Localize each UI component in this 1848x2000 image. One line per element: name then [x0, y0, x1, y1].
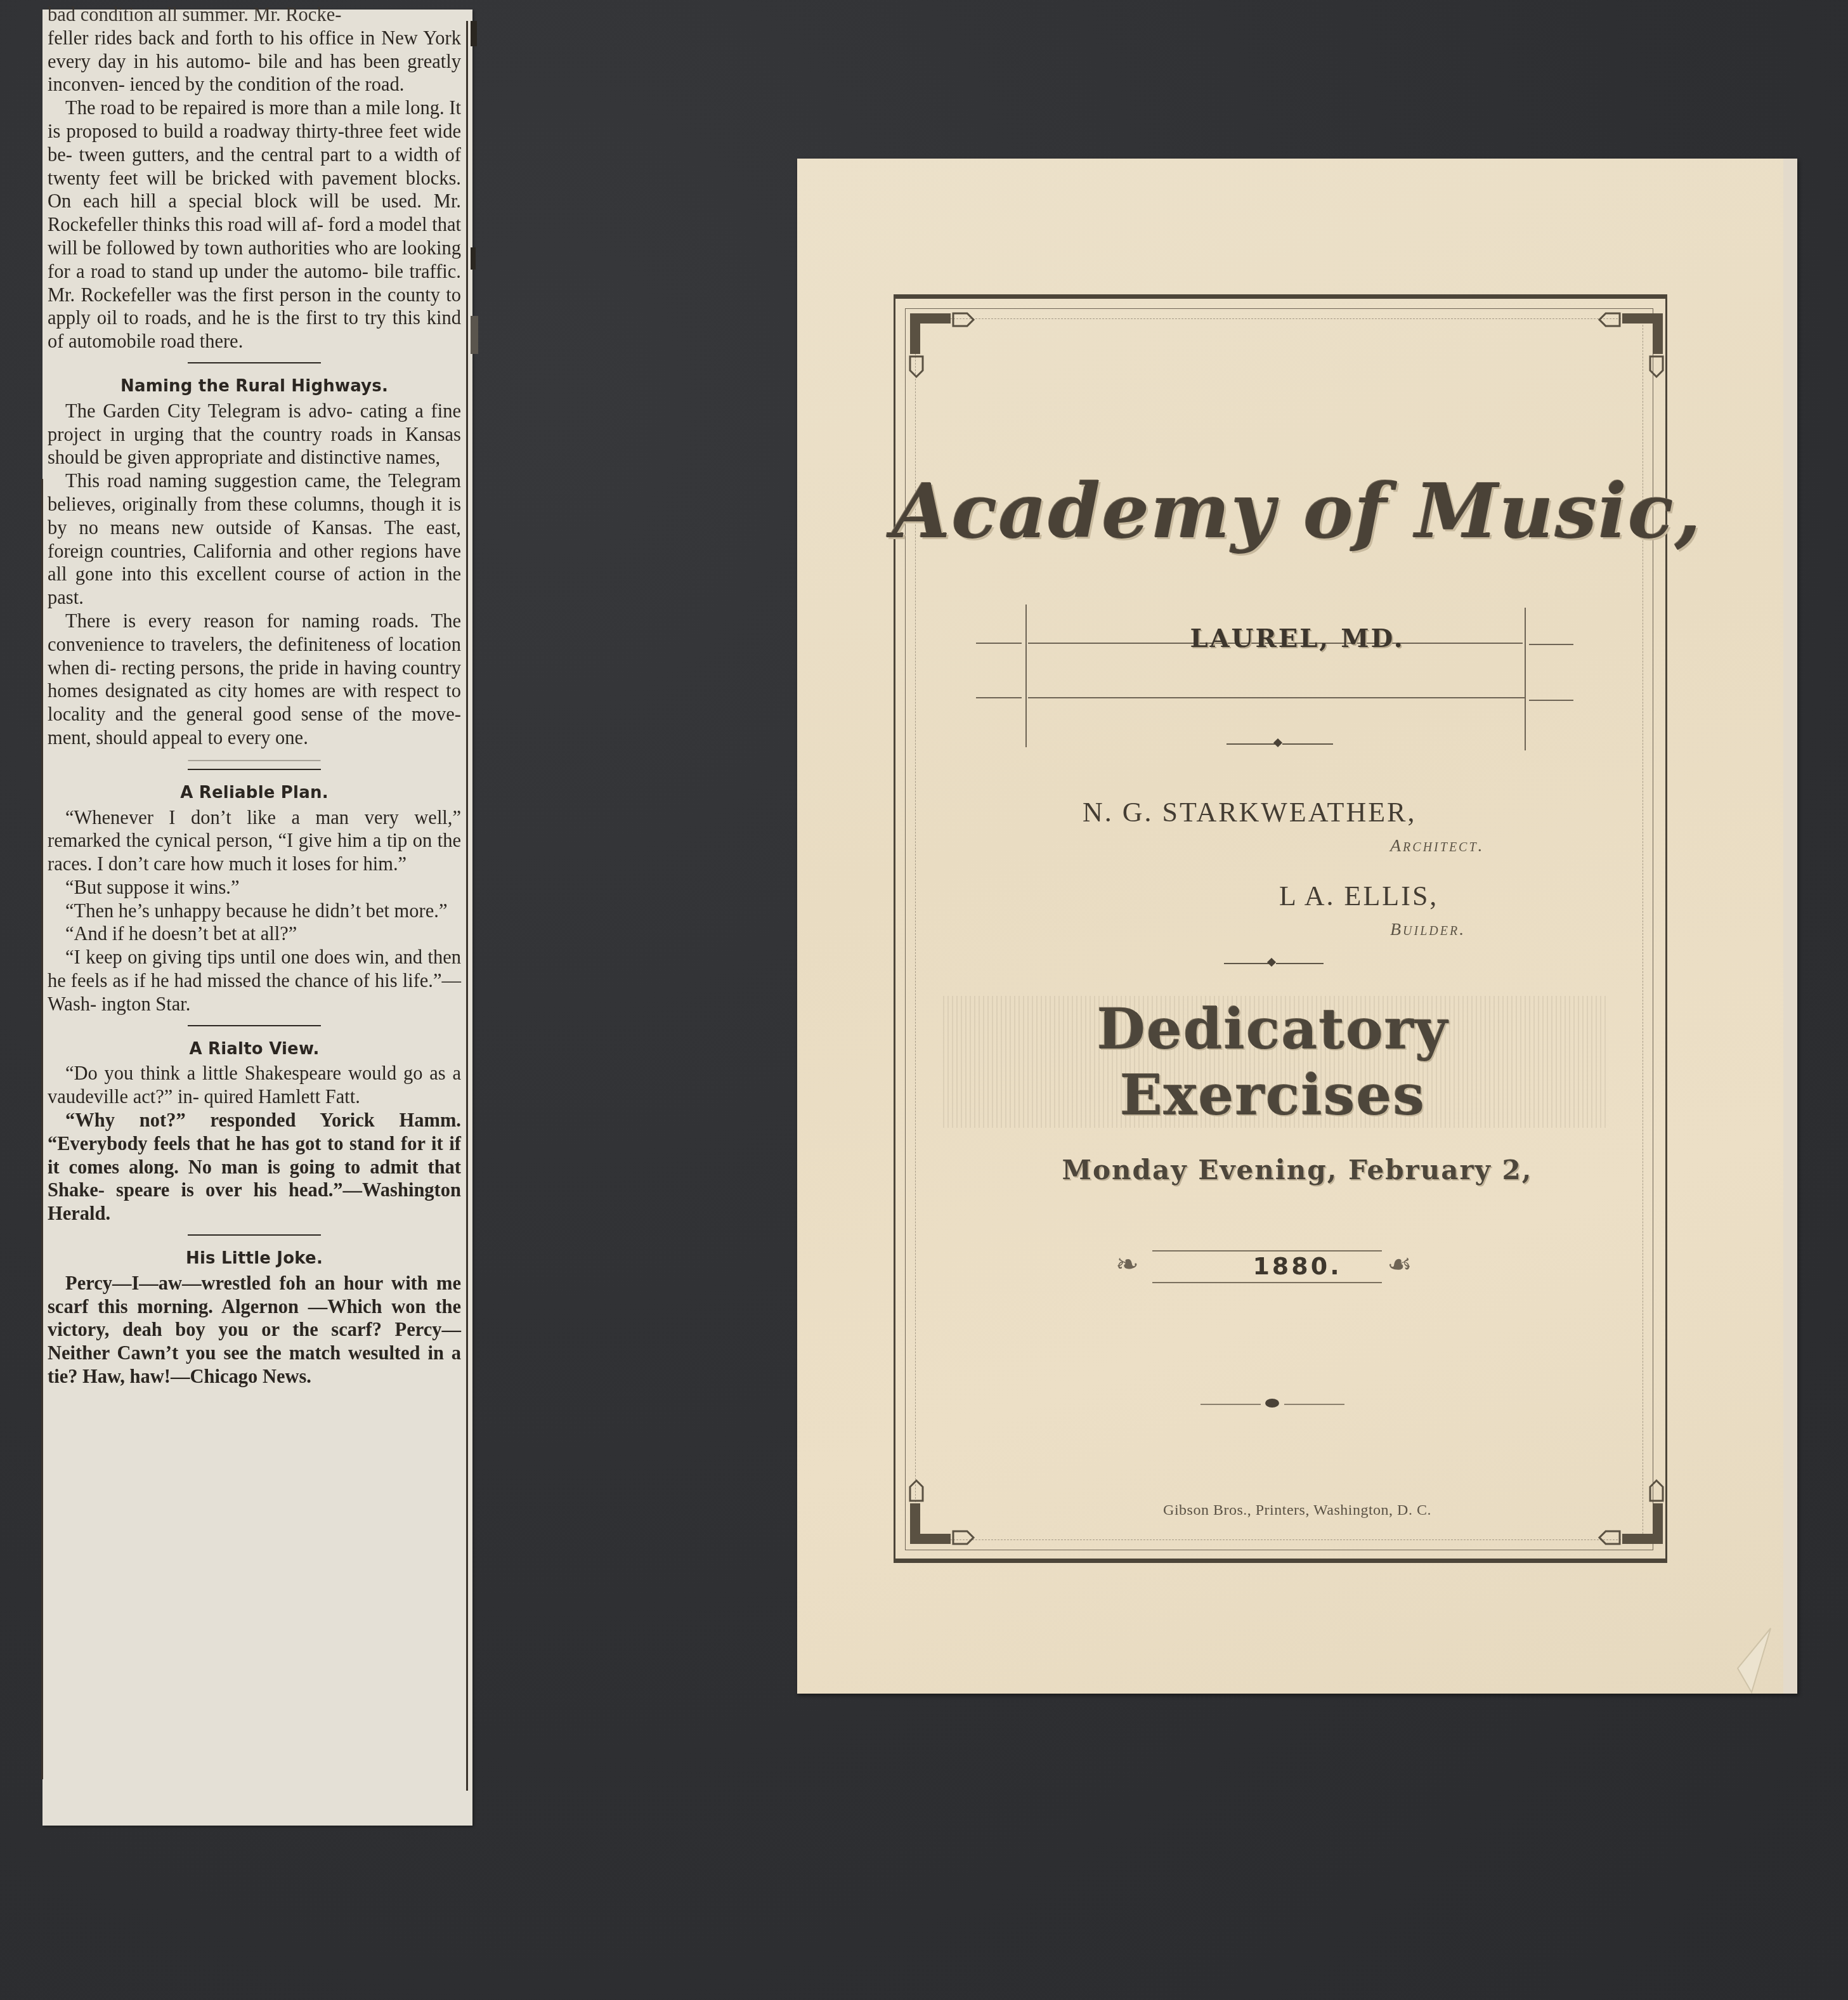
paragraph: “Do you think a little Shakespeare would… [48, 1062, 461, 1109]
cut-off-line: bad condition all summer. Mr. Rocke- [48, 3, 461, 27]
paragraph: “I keep on giving tips until one does wi… [48, 946, 461, 1016]
paragraph: Percy—I—aw—wrestled foh an hour with me … [48, 1272, 461, 1389]
adjacent-column-fragment [471, 316, 478, 354]
diamond-divider-icon [1224, 963, 1272, 964]
article-headline: A Rialto View. [48, 1038, 461, 1061]
event-date: Monday Evening, February 2, [797, 1154, 1797, 1186]
ornamental-divider-center [1265, 1399, 1279, 1408]
article-headline: A Reliable Plan. [48, 781, 461, 805]
architect-name: N. G. STARKWEATHER, [1083, 796, 1416, 828]
column-rule [466, 21, 468, 1791]
builder-role: Builder. [1390, 920, 1466, 940]
column-rule-left [41, 479, 43, 1779]
corner-ornament-icon [1597, 310, 1667, 386]
architect-role: Architect. [1390, 836, 1485, 856]
clipping-text-column: bad condition all summer. Mr. Rocke- fel… [48, 10, 461, 1389]
ornamental-divider-icon [1201, 1404, 1261, 1405]
builder-name: L A. ELLIS, [1279, 880, 1438, 912]
event-title: Dedicatory Exercises [940, 996, 1606, 1128]
paragraph: feller rides back and forth to his offic… [48, 27, 461, 96]
divider-rule [1282, 743, 1333, 745]
location-box [976, 605, 1512, 703]
separator-rule [188, 362, 321, 363]
dedication-program-card: Academy of Music, LAUREL, MD. N. G. STAR… [797, 159, 1797, 1694]
paragraph: “And if he doesn’t bet at all?” [48, 922, 461, 946]
newspaper-clipping: bad condition all summer. Mr. Rocke- fel… [42, 10, 472, 1826]
paragraph: “Whenever I don’t like a man very well,”… [48, 806, 461, 876]
event-year: 1880. [797, 1252, 1797, 1280]
diamond-divider-icon [1227, 743, 1277, 745]
paragraph: “Why not?” responded Yorick Hamm. “Every… [48, 1109, 461, 1225]
paragraph: The Garden City Telegram is advo- cating… [48, 400, 461, 469]
paper-edge-strip [1783, 159, 1797, 1694]
paragraph: This road naming suggestion came, the Te… [48, 469, 461, 610]
separator-rule [188, 1025, 321, 1026]
location-text: LAUREL, MD. [797, 624, 1797, 653]
separator-rule [188, 769, 321, 770]
corner-ornament-icon [906, 310, 976, 386]
printer-credit: Gibson Bros., Printers, Washington, D. C… [797, 1502, 1797, 1519]
adjacent-column-fragment [471, 21, 477, 46]
folded-corner-icon [1734, 1627, 1778, 1694]
paragraph: The road to be repaired is more than a m… [48, 96, 461, 353]
paragraph: There is every reason for naming roads. … [48, 610, 461, 750]
program-title: Academy of Music, [797, 467, 1797, 555]
adjacent-column-fragment [471, 247, 476, 270]
ornamental-divider-icon [1284, 1404, 1344, 1405]
paragraph: “But suppose it wins.” [48, 876, 461, 899]
paragraph: “Then he’s unhappy because he didn’t bet… [48, 899, 461, 923]
article-headline: His Little Joke. [48, 1247, 461, 1271]
separator-rule [188, 1234, 321, 1236]
article-headline: Naming the Rural Highways. [48, 375, 461, 398]
divider-rule [1276, 963, 1324, 964]
